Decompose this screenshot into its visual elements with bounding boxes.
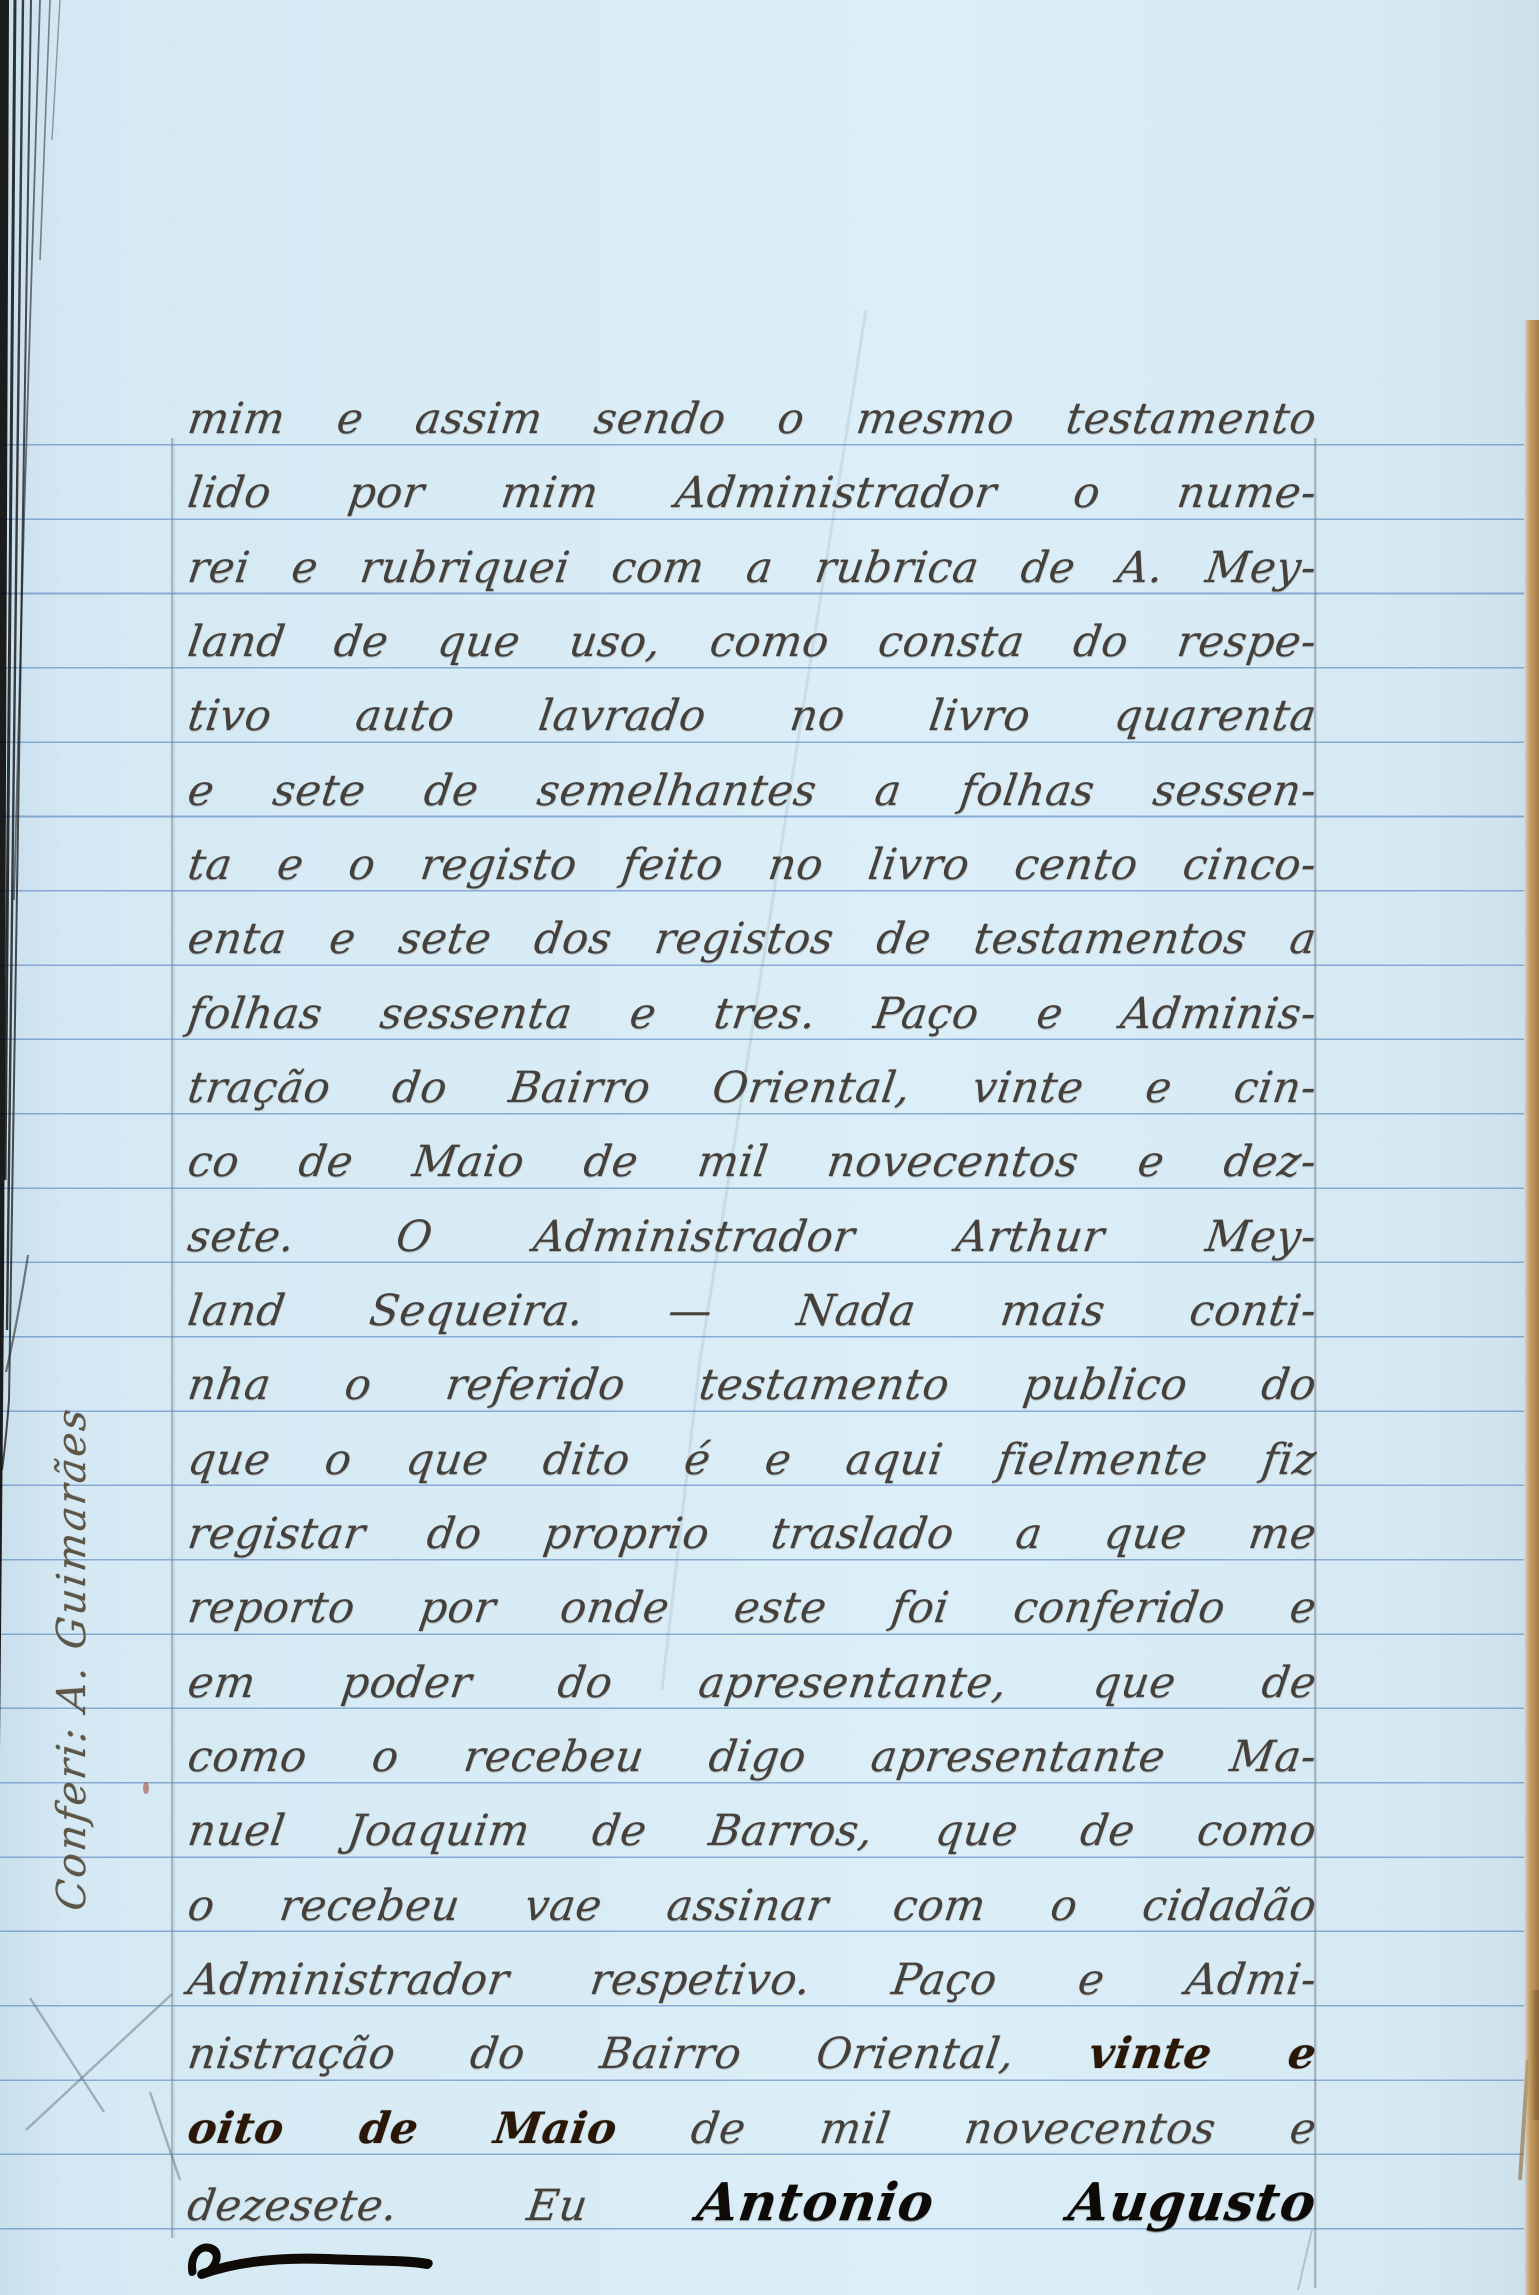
manuscript-line: tração do Bairro Oriental, vinte e cin-	[184, 1058, 1320, 1118]
handwritten-text: reporto por onde este foi conferido e	[185, 1583, 1320, 1633]
handwritten-text: dezesete. Eu	[184, 2181, 591, 2231]
manuscript-line: nuel Joaquim de Barros, que de como	[184, 1801, 1320, 1861]
handwritten-text: nha o referido testamento publico do	[185, 1360, 1320, 1410]
manuscript-text: mim e assim sendo o mesmo testamentolido…	[0, 0, 1539, 2295]
manuscript-line: reporto por onde este foi conferido e	[184, 1578, 1320, 1638]
handwritten-text: enta e sete dos registos de testamentos …	[185, 914, 1320, 964]
handwritten-text: rei e rubriquei com a rubrica de A. Mey-	[185, 543, 1320, 593]
handwritten-text: land Sequeira. — Nada mais conti-	[185, 1286, 1320, 1336]
manuscript-line: oito de Maio de mil novecentos e	[184, 2099, 1320, 2159]
handwritten-text: mim e assim sendo o mesmo testamento	[185, 394, 1320, 444]
manuscript-line: ta e o registo feito no livro cento cinc…	[184, 835, 1320, 895]
manuscript-line: nistração do Bairro Oriental, vinte e	[184, 2024, 1320, 2084]
manuscript-line: land Sequeira. — Nada mais conti-	[184, 1281, 1320, 1341]
manuscript-line: em poder do apresentante, que de	[184, 1653, 1320, 1713]
signature-flourish-icon	[180, 2236, 439, 2295]
manuscript-line: rei e rubriquei com a rubrica de A. Mey-	[184, 538, 1320, 598]
manuscript-line: como o recebeu digo apresentante Ma-	[184, 1727, 1320, 1787]
handwritten-text: como o recebeu digo apresentante Ma-	[185, 1732, 1320, 1782]
scanned-manuscript: { "page": { "paper_color": "#d9ecf6", "r…	[0, 0, 1539, 2295]
manuscript-line: Administrador respetivo. Paço e Admi-	[184, 1950, 1320, 2010]
manuscript-line: o recebeu vae assinar com o cidadão	[184, 1876, 1320, 1936]
manuscript-line: tivo auto lavrado no livro quarenta	[184, 686, 1320, 746]
handwritten-text: nistração do Bairro Oriental,	[185, 2029, 1093, 2079]
handwritten-text: tração do Bairro Oriental, vinte e cin-	[185, 1063, 1320, 1113]
handwritten-text: sete. O Administrador Arthur Mey-	[185, 1212, 1320, 1262]
handwritten-text: co de Maio de mil novecentos e dez-	[185, 1137, 1320, 1187]
manuscript-line: lido por mim Administrador o nume-	[184, 463, 1320, 523]
manuscript-line: mim e assim sendo o mesmo testamento	[184, 389, 1320, 449]
signature-name: Antonio Augusto	[694, 2172, 1321, 2233]
manuscript-line: nha o referido testamento publico do	[184, 1355, 1320, 1415]
manuscript-line: co de Maio de mil novecentos e dez-	[184, 1132, 1320, 1192]
manuscript-line: sete. O Administrador Arthur Mey-	[184, 1207, 1320, 1267]
manuscript-line: land de que uso, como consta do respe-	[184, 612, 1320, 672]
handwritten-text: ta e o registo feito no livro cento cinc…	[185, 840, 1320, 890]
handwritten-text: e sete de semelhantes a folhas sessen-	[185, 766, 1320, 816]
handwritten-text: land de que uso, como consta do respe-	[185, 617, 1320, 667]
manuscript-line: registar do proprio traslado a que me	[184, 1504, 1320, 1564]
handwritten-text: que o que dito é e aqui fielmente fiz	[185, 1435, 1320, 1485]
manuscript-line: folhas sessenta e tres. Paço e Adminis-	[184, 984, 1320, 1044]
manuscript-line: que o que dito é e aqui fielmente fiz	[184, 1430, 1320, 1490]
handwritten-text: em poder do apresentante, que de	[185, 1658, 1320, 1708]
handwritten-text: vinte e	[1086, 2029, 1320, 2079]
handwritten-text: oito de Maio	[185, 2104, 621, 2154]
manuscript-line: dezesete. EuAntonio Augusto	[184, 2173, 1320, 2233]
handwritten-text: folhas sessenta e tres. Paço e Adminis-	[185, 989, 1320, 1039]
handwritten-text: registar do proprio traslado a que me	[185, 1509, 1320, 1559]
handwritten-text: tivo auto lavrado no livro quarenta	[185, 691, 1320, 741]
handwritten-text: nuel Joaquim de Barros, que de como	[185, 1806, 1320, 1856]
handwritten-text: de mil novecentos e	[613, 2104, 1319, 2154]
handwritten-text: lido por mim Administrador o nume-	[185, 468, 1320, 518]
manuscript-line: enta e sete dos registos de testamentos …	[184, 909, 1320, 969]
manuscript-line: e sete de semelhantes a folhas sessen-	[184, 761, 1320, 821]
handwritten-text: o recebeu vae assinar com o cidadão	[185, 1881, 1320, 1931]
handwritten-text: Administrador respetivo. Paço e Admi-	[185, 1955, 1320, 2005]
